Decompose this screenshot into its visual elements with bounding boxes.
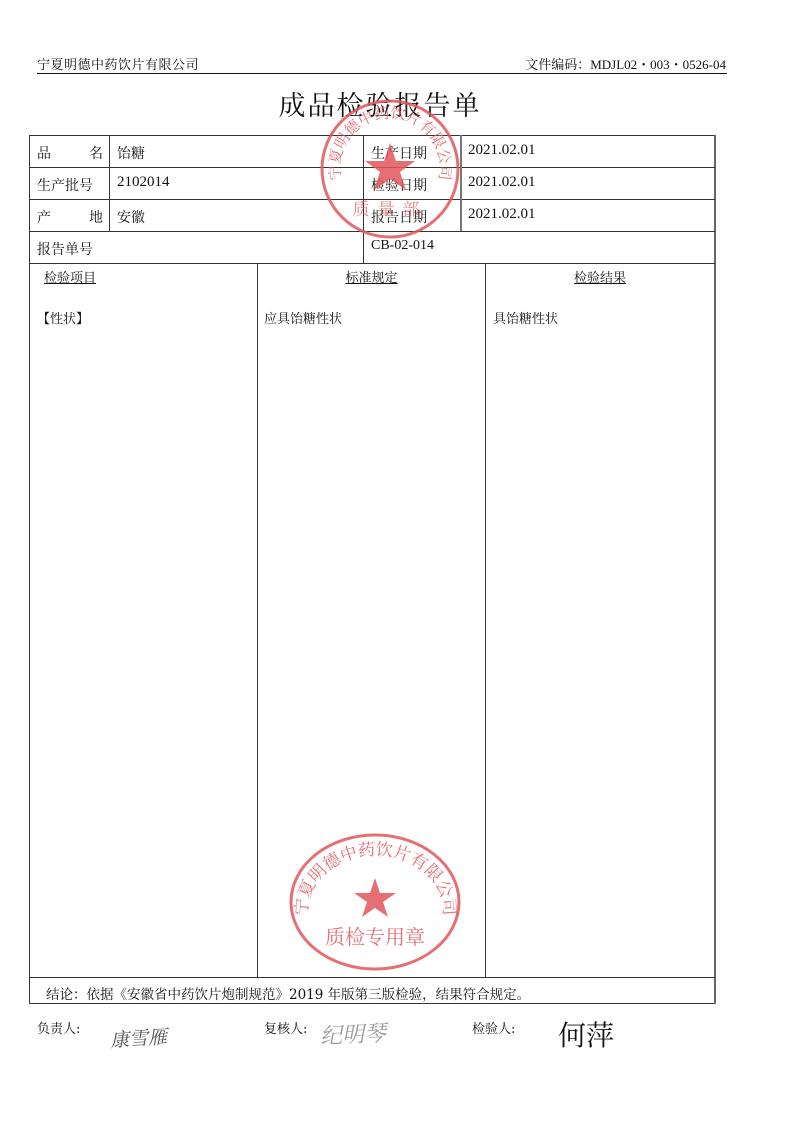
svg-text:质检专用章: 质检专用章 — [325, 925, 425, 949]
report-no-label: 报告单号 — [37, 239, 93, 259]
inspection-date-label: 检验日期 — [371, 175, 427, 195]
quality-inspection-stamp: 宁夏明德中药饮片有限公司 质检专用章 — [288, 832, 463, 972]
header-divider — [37, 73, 727, 74]
column-header-item: 检验项目 — [44, 267, 96, 286]
result-row-result: 具饴糖性状 — [493, 308, 558, 327]
product-name-label: 品 名 — [37, 143, 103, 163]
batch-label: 生产批号 — [37, 175, 93, 195]
production-date-value: 2021.02.01 — [468, 142, 536, 159]
responsible-signature: 康雪雁 — [109, 1022, 168, 1053]
file-code-value: MDJL02・003・0526-04 — [590, 57, 726, 72]
file-code: 文件编码：MDJL02・003・0526-04 — [525, 54, 726, 73]
column-header-result: 检验结果 — [486, 267, 714, 286]
result-row-standard: 应具饴糖性状 — [264, 308, 342, 327]
file-code-label: 文件编码： — [525, 58, 590, 73]
origin-label: 产 地 — [37, 207, 103, 227]
svg-text:宁夏明德中药饮片有限公司: 宁夏明德中药饮片有限公司 — [292, 840, 459, 916]
inspector-label: 检验人: — [472, 1018, 515, 1037]
reviewer-label: 复核人: — [264, 1018, 307, 1037]
page-title: 成品检验报告单 — [0, 84, 760, 123]
result-row-item: 【性状】 — [37, 308, 89, 327]
responsible-label: 负责人: — [37, 1018, 80, 1037]
company-name: 宁夏明德中药饮片有限公司 — [37, 54, 199, 73]
batch-value: 2102014 — [117, 174, 170, 191]
column-header-standard: 标准规定 — [258, 267, 485, 286]
product-name-value: 饴糖 — [117, 143, 145, 163]
conclusion-text: 结论：依据《安徽省中药饮片炮制规范》2019 年版第三版检验，结果符合规定。 — [46, 983, 530, 1003]
inspector-signature: 何萍 — [558, 1014, 614, 1054]
report-date-label: 报告日期 — [371, 207, 427, 227]
report-date-value: 2021.02.01 — [468, 206, 536, 223]
star-icon — [354, 878, 396, 917]
production-date-label: 生产日期 — [371, 143, 427, 163]
origin-value: 安徽 — [117, 207, 145, 227]
reviewer-signature: 纪明琴 — [319, 1016, 387, 1050]
inspection-date-value: 2021.02.01 — [468, 174, 536, 191]
report-no-value: CB-02-014 — [371, 238, 434, 254]
